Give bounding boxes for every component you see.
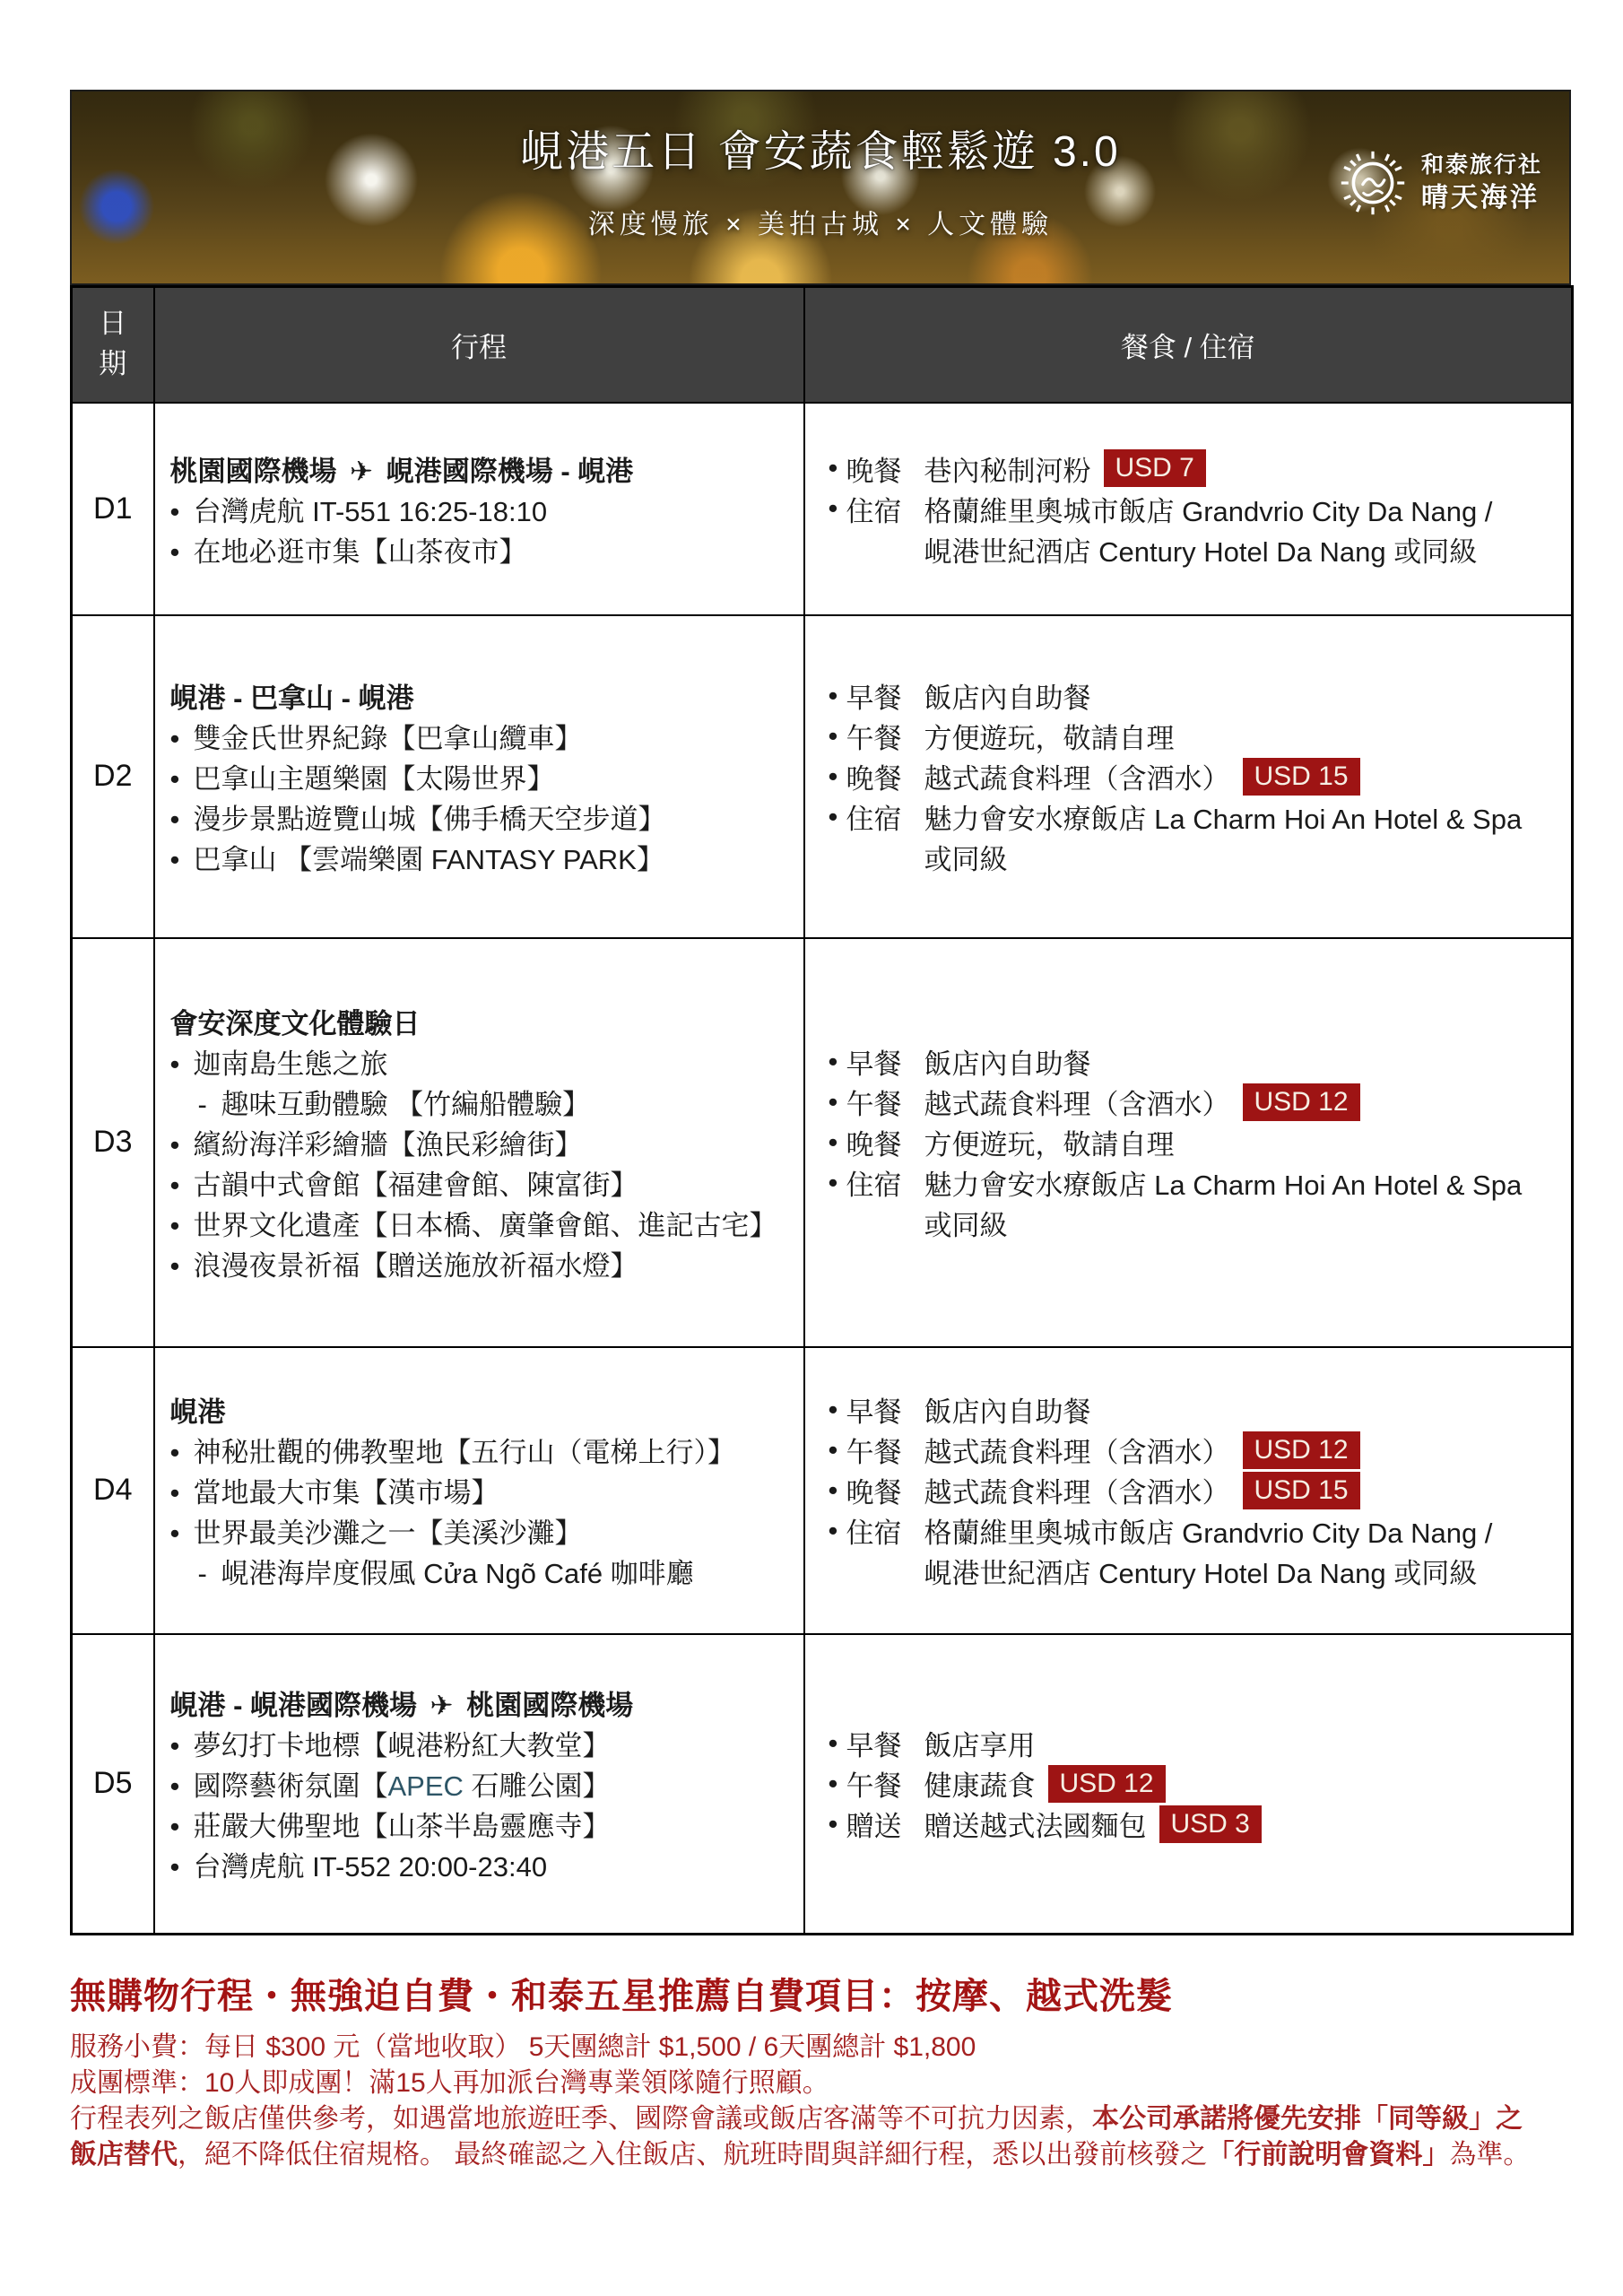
itinerary-cell: 峴港•神秘壯觀的佛教聖地【五行山（電梯上行）】•當地最大市集【漢市場】•世界最美… — [154, 1347, 804, 1634]
meal-label: 晚餐 — [846, 448, 924, 489]
itinerary-item: •國際藝術氛圍【APEC 石雕公園】 — [155, 1763, 803, 1804]
bullet-icon: • — [829, 1474, 846, 1507]
meal-line: •晚餐越式蔬食料理（含酒水）USD 15 — [805, 756, 1572, 796]
meal-label: 住宿 — [846, 1510, 924, 1551]
bullet-icon: • — [829, 1727, 846, 1760]
itinerary-item: •神秘壯觀的佛教聖地【五行山（電梯上行）】 — [155, 1430, 803, 1470]
usd-price-badge: USD 15 — [1243, 1472, 1360, 1509]
table-header-row: 日期 行程 餐食 / 住宿 — [72, 287, 1573, 403]
brand-subname: 晴天海洋 — [1421, 180, 1542, 215]
itinerary-item: •台灣虎航 IT-551 16:25-18:10 — [155, 489, 803, 529]
day-cell: D5 — [72, 1634, 154, 1935]
itinerary-cell: 會安深度文化體驗日•迦南島生態之旅- 趣味互動體驗 【竹編船體驗】•繽紛海洋彩繪… — [154, 938, 804, 1347]
bullet-icon: • — [170, 1477, 194, 1509]
itinerary-table-body: D1桃園國際機場 ✈ 峴港國際機場 - 峴港•台灣虎航 IT-551 16:25… — [72, 403, 1573, 1935]
brand-logo: 和泰旅行社 晴天海洋 — [1337, 147, 1542, 219]
bullet-icon: • — [829, 1434, 846, 1466]
meal-label: 午餐 — [846, 1082, 924, 1122]
bullet-icon: • — [829, 1126, 846, 1159]
meal-label: 晚餐 — [846, 1122, 924, 1162]
sun-wave-icon — [1337, 147, 1409, 219]
meals-cell-content: •早餐飯店內自助餐•午餐方便遊玩，敬請自理•晚餐越式蔬食料理（含酒水）USD 1… — [805, 675, 1572, 877]
meal-continuation: 或同級 — [805, 1203, 1572, 1243]
itinerary-item: •莊嚴大佛聖地【山茶半島靈應寺】 — [155, 1804, 803, 1844]
bullet-icon: • — [829, 1768, 846, 1800]
itinerary-cell-content: 峴港•神秘壯觀的佛教聖地【五行山（電梯上行）】•當地最大市集【漢市場】•世界最美… — [155, 1389, 803, 1591]
meal-line: •住宿格蘭維里奧城市飯店 Grandvrio City Da Nang / — [805, 1510, 1572, 1551]
itinerary-title: 桃園國際機場 ✈ 峴港國際機場 - 峴港 — [155, 448, 803, 489]
meals-cell-content: •早餐飯店內自助餐•午餐越式蔬食料理（含酒水）USD 12•晚餐方便遊玩，敬請自… — [805, 1041, 1572, 1243]
itinerary-item: •在地必逛市集【山茶夜市】 — [155, 529, 803, 570]
meal-line: •早餐飯店享用 — [805, 1723, 1572, 1763]
bullet-icon: • — [829, 761, 846, 793]
meal-desc: 健康蔬食 — [924, 1763, 1036, 1804]
footer-headline: 無購物行程・無強迫自費・和泰五星推薦自費項目：按摩、越式洗髮 — [70, 1968, 1582, 2019]
table-row: D2峴港 - 巴拿山 - 峴港•雙金氏世界紀錄【巴拿山纜車】•巴拿山主題樂園【太… — [72, 615, 1573, 938]
meal-desc: 越式蔬食料理（含酒水） — [924, 1430, 1230, 1470]
banner: 峴港五日 會安蔬食輕鬆遊 3.0 深度慢旅 × 美拍古城 × 人文體驗 — [70, 90, 1571, 285]
meal-line: •住宿魅力會安水療飯店 La Charm Hoi An Hotel & Spa — [805, 796, 1572, 837]
header-meals: 餐食 / 住宿 — [804, 287, 1573, 403]
meal-desc: 贈送越式法國麵包 — [924, 1804, 1147, 1844]
bullet-icon: • — [829, 452, 846, 484]
meal-label: 早餐 — [846, 1723, 924, 1763]
bullet-icon: • — [170, 1210, 194, 1242]
bullet-icon: • — [829, 801, 846, 833]
itinerary-item: •雙金氏世界紀錄【巴拿山纜車】 — [155, 716, 803, 756]
meal-desc: 越式蔬食料理（含酒水） — [924, 756, 1230, 796]
footer-text-segment: 行程表列之飯店僅供參考，如遇當地旅遊旺季、國際會議或飯店客滿等不可抗力因素， — [70, 2104, 1092, 2134]
bullet-icon: • — [170, 1730, 194, 1762]
bullet-icon: • — [829, 1046, 846, 1078]
itinerary-cell: 峴港 - 巴拿山 - 峴港•雙金氏世界紀錄【巴拿山纜車】•巴拿山主題樂園【太陽世… — [154, 615, 804, 938]
itinerary-item: •古韻中式會館【福建會館、陳富街】 — [155, 1162, 803, 1203]
meal-desc: 魅力會安水療飯店 La Charm Hoi An Hotel & Spa — [924, 1162, 1523, 1203]
day-cell: D2 — [72, 615, 154, 938]
meal-line: •午餐方便遊玩，敬請自理 — [805, 716, 1572, 756]
meal-line: •晚餐方便遊玩，敬請自理 — [805, 1122, 1572, 1162]
itinerary-item: •當地最大市集【漢市場】 — [155, 1470, 803, 1510]
meals-cell: •早餐飯店享用•午餐健康蔬食USD 12•贈送贈送越式法國麵包USD 3 — [804, 1634, 1573, 1935]
footer-lines: 服務小費：每日 $300 元（當地收取） 5天團總計 $1,500 / 6天團總… — [70, 2030, 1582, 2173]
itinerary-cell-content: 桃園國際機場 ✈ 峴港國際機場 - 峴港•台灣虎航 IT-551 16:25-1… — [155, 448, 803, 570]
footer-line: 行程表列之飯店僅供參考，如遇當地旅遊旺季、國際會議或飯店客滿等不可抗力因素，本公… — [70, 2101, 1582, 2137]
itinerary-item: - 趣味互動體驗 【竹編船體驗】 — [155, 1082, 803, 1122]
meal-label: 午餐 — [846, 716, 924, 756]
footer-text-segment: 服務小費：每日 $300 元（當地收取） 5天團總計 $1,500 / 6天團總… — [70, 2032, 976, 2062]
meals-cell: •早餐飯店內自助餐•午餐越式蔬食料理（含酒水）USD 12•晚餐方便遊玩，敬請自… — [804, 938, 1573, 1347]
meal-line: •住宿格蘭維里奧城市飯店 Grandvrio City Da Nang / — [805, 489, 1572, 529]
bullet-icon: • — [170, 804, 194, 836]
footer-text-segment: 本公司承諾將優先安排「同等級」之 — [1092, 2104, 1523, 2134]
footer-line: 飯店替代，絕不降低住宿規格。 最終確認之入住飯店、航班時間與詳細行程，悉以出發前… — [70, 2137, 1582, 2173]
bullet-icon: • — [170, 1129, 194, 1161]
usd-price-badge: USD 12 — [1243, 1431, 1360, 1469]
itinerary-cell: 峴港 - 峴港國際機場 ✈ 桃園國際機場•夢幻打卡地標【峴港粉紅大教堂】•國際藝… — [154, 1634, 804, 1935]
meal-line: •晚餐越式蔬食料理（含酒水）USD 15 — [805, 1470, 1572, 1510]
itinerary-item: - 峴港海岸度假風 Cửa Ngõ Café 咖啡廳 — [155, 1551, 803, 1591]
footer-text-segment: 「行前說明會資料」 — [1207, 2140, 1449, 2170]
meal-desc: 格蘭維里奧城市飯店 Grandvrio City Da Nang / — [924, 1510, 1493, 1551]
apec-accent-text: APEC — [388, 1770, 464, 1802]
itinerary-cell-content: 峴港 - 峴港國際機場 ✈ 桃園國際機場•夢幻打卡地標【峴港粉紅大教堂】•國際藝… — [155, 1683, 803, 1884]
bullet-icon: • — [829, 1515, 846, 1547]
footer-notes: 無購物行程・無強迫自費・和泰五星推薦自費項目：按摩、越式洗髮 服務小費：每日 $… — [70, 1968, 1582, 2173]
table-row: D5峴港 - 峴港國際機場 ✈ 桃園國際機場•夢幻打卡地標【峴港粉紅大教堂】•國… — [72, 1634, 1573, 1935]
usd-price-badge: USD 12 — [1243, 1083, 1360, 1121]
header-date: 日期 — [72, 287, 154, 403]
day-cell: D3 — [72, 938, 154, 1347]
bullet-icon: • — [170, 844, 194, 876]
itinerary-title: 峴港 - 巴拿山 - 峴港 — [155, 675, 803, 716]
meal-label: 早餐 — [846, 675, 924, 716]
meal-desc: 越式蔬食料理（含酒水） — [924, 1470, 1230, 1510]
itinerary-title: 峴港 - 峴港國際機場 ✈ 桃園國際機場 — [155, 1683, 803, 1723]
itinerary-item: •世界最美沙灘之一【美溪沙灘】 — [155, 1510, 803, 1551]
bullet-icon: • — [829, 720, 846, 752]
footer-line: 成團標準：10人即成團！滿15人再加派台灣專業領隊隨行照顧。 — [70, 2066, 1582, 2101]
bullet-icon: • — [170, 763, 194, 796]
meal-label: 早餐 — [846, 1041, 924, 1082]
footer-text-segment: 飯店替代 — [70, 2140, 178, 2170]
meal-line: •住宿魅力會安水療飯店 La Charm Hoi An Hotel & Spa — [805, 1162, 1572, 1203]
bullet-icon: • — [170, 723, 194, 755]
meal-label: 住宿 — [846, 489, 924, 529]
bullet-icon: • — [829, 1808, 846, 1840]
meals-cell: •晚餐巷內秘制河粉USD 7•住宿格蘭維里奧城市飯店 Grandvrio Cit… — [804, 403, 1573, 615]
bullet-icon: • — [170, 1250, 194, 1283]
itinerary-cell-content: 會安深度文化體驗日•迦南島生態之旅- 趣味互動體驗 【竹編船體驗】•繽紛海洋彩繪… — [155, 1001, 803, 1283]
meal-label: 晚餐 — [846, 756, 924, 796]
meals-cell: •早餐飯店內自助餐•午餐越式蔬食料理（含酒水）USD 12•晚餐越式蔬食料理（含… — [804, 1347, 1573, 1634]
meal-desc: 格蘭維里奧城市飯店 Grandvrio City Da Nang / — [924, 489, 1493, 529]
meal-label: 晚餐 — [846, 1470, 924, 1510]
bullet-icon: • — [170, 1170, 194, 1202]
bullet-icon: • — [829, 680, 846, 712]
footer-text-segment: 為準。 — [1449, 2140, 1530, 2170]
itinerary-item: •漫步景點遊覽山城【佛手橋天空步道】 — [155, 796, 803, 837]
plane-icon: ✈ — [344, 456, 378, 487]
meal-continuation: 或同級 — [805, 837, 1572, 877]
brand-text: 和泰旅行社 晴天海洋 — [1421, 151, 1542, 215]
itinerary-item: •台灣虎航 IT-552 20:00-23:40 — [155, 1844, 803, 1884]
usd-price-badge: USD 12 — [1048, 1765, 1166, 1803]
bullet-icon: • — [170, 1851, 194, 1883]
dash-icon: - — [198, 1558, 221, 1590]
itinerary-item: •繽紛海洋彩繪牆【漁民彩繪街】 — [155, 1122, 803, 1162]
meal-desc: 飯店內自助餐 — [924, 675, 1091, 716]
table-row: D3會安深度文化體驗日•迦南島生態之旅- 趣味互動體驗 【竹編船體驗】•繽紛海洋… — [72, 938, 1573, 1347]
meal-line: •早餐飯店內自助餐 — [805, 1389, 1572, 1430]
meal-line: •早餐飯店內自助餐 — [805, 675, 1572, 716]
meals-cell: •早餐飯店內自助餐•午餐方便遊玩，敬請自理•晚餐越式蔬食料理（含酒水）USD 1… — [804, 615, 1573, 938]
bullet-icon: • — [170, 1518, 194, 1550]
meal-desc: 飯店享用 — [924, 1723, 1036, 1763]
itinerary-item: •夢幻打卡地標【峴港粉紅大教堂】 — [155, 1723, 803, 1763]
itinerary-cell-content: 峴港 - 巴拿山 - 峴港•雙金氏世界紀錄【巴拿山纜車】•巴拿山主題樂園【太陽世… — [155, 675, 803, 877]
itinerary-item: •浪漫夜景祈福【贈送施放祈福水燈】 — [155, 1243, 803, 1283]
meal-continuation: 峴港世紀酒店 Century Hotel Da Nang 或同級 — [805, 1551, 1572, 1591]
itinerary-item: •世界文化遺產【日本橋、廣肇會館、進記古宅】 — [155, 1203, 803, 1243]
meal-desc: 飯店內自助餐 — [924, 1389, 1091, 1430]
meal-continuation: 峴港世紀酒店 Century Hotel Da Nang 或同級 — [805, 529, 1572, 570]
dash-icon: - — [198, 1089, 221, 1121]
meal-desc: 方便遊玩，敬請自理 — [924, 1122, 1175, 1162]
brand-name: 和泰旅行社 — [1421, 151, 1542, 180]
day-cell: D4 — [72, 1347, 154, 1634]
usd-price-badge: USD 15 — [1243, 758, 1360, 796]
bullet-icon: • — [829, 1394, 846, 1426]
bullet-icon: • — [170, 1811, 194, 1843]
bullet-icon: • — [829, 1086, 846, 1118]
meal-desc: 越式蔬食料理（含酒水） — [924, 1082, 1230, 1122]
meals-cell-content: •晚餐巷內秘制河粉USD 7•住宿格蘭維里奧城市飯店 Grandvrio Cit… — [805, 448, 1572, 570]
bullet-icon: • — [170, 1437, 194, 1469]
banner-inner: 峴港五日 會安蔬食輕鬆遊 3.0 深度慢旅 × 美拍古城 × 人文體驗 — [72, 91, 1569, 283]
meal-line: •贈送贈送越式法國麵包USD 3 — [805, 1804, 1572, 1844]
footer-text-segment: 成團標準：10人即成團！滿15人再加派台灣專業領隊隨行照顧。 — [70, 2068, 829, 2098]
meal-label: 住宿 — [846, 796, 924, 837]
meal-desc: 魅力會安水療飯店 La Charm Hoi An Hotel & Spa — [924, 796, 1523, 837]
itinerary-title: 會安深度文化體驗日 — [155, 1001, 803, 1041]
meal-line: •午餐健康蔬食USD 12 — [805, 1763, 1572, 1804]
itinerary-title: 峴港 — [155, 1389, 803, 1430]
meal-line: •晚餐巷內秘制河粉USD 7 — [805, 448, 1572, 489]
meal-label: 午餐 — [846, 1430, 924, 1470]
bullet-icon: • — [170, 1048, 194, 1081]
meal-label: 午餐 — [846, 1763, 924, 1804]
bullet-icon: • — [829, 1167, 846, 1199]
day-cell: D1 — [72, 403, 154, 615]
footer-line: 服務小費：每日 $300 元（當地收取） 5天團總計 $1,500 / 6天團總… — [70, 2030, 1582, 2066]
meal-line: •午餐越式蔬食料理（含酒水）USD 12 — [805, 1082, 1572, 1122]
meal-desc: 方便遊玩，敬請自理 — [924, 716, 1175, 756]
table-row: D1桃園國際機場 ✈ 峴港國際機場 - 峴港•台灣虎航 IT-551 16:25… — [72, 403, 1573, 615]
meal-label: 贈送 — [846, 1804, 924, 1844]
itinerary-item: •巴拿山主題樂園【太陽世界】 — [155, 756, 803, 796]
meal-line: •午餐越式蔬食料理（含酒水）USD 12 — [805, 1430, 1572, 1470]
table-row: D4峴港•神秘壯觀的佛教聖地【五行山（電梯上行）】•當地最大市集【漢市場】•世界… — [72, 1347, 1573, 1634]
itinerary-item: •迦南島生態之旅 — [155, 1041, 803, 1082]
meal-label: 住宿 — [846, 1162, 924, 1203]
meal-label: 早餐 — [846, 1389, 924, 1430]
bullet-icon: • — [829, 492, 846, 525]
usd-price-badge: USD 7 — [1104, 449, 1206, 487]
itinerary-cell: 桃園國際機場 ✈ 峴港國際機場 - 峴港•台灣虎航 IT-551 16:25-1… — [154, 403, 804, 615]
meal-line: •早餐飯店內自助餐 — [805, 1041, 1572, 1082]
meals-cell-content: •早餐飯店內自助餐•午餐越式蔬食料理（含酒水）USD 12•晚餐越式蔬食料理（含… — [805, 1389, 1572, 1591]
footer-text-segment: ，絕不降低住宿規格。 最終確認之入住飯店、航班時間與詳細行程，悉以出發前核發之 — [178, 2140, 1207, 2170]
itinerary-table: 日期 行程 餐食 / 住宿 D1桃園國際機場 ✈ 峴港國際機場 - 峴港•台灣虎… — [70, 285, 1574, 1935]
plane-icon: ✈ — [425, 1690, 459, 1721]
bullet-icon: • — [170, 496, 194, 528]
usd-price-badge: USD 3 — [1159, 1805, 1262, 1843]
header-itinerary: 行程 — [154, 287, 804, 403]
bullet-icon: • — [170, 536, 194, 569]
meal-desc: 飯店內自助餐 — [924, 1041, 1091, 1082]
meals-cell-content: •早餐飯店享用•午餐健康蔬食USD 12•贈送贈送越式法國麵包USD 3 — [805, 1723, 1572, 1844]
bullet-icon: • — [170, 1770, 194, 1803]
meal-desc: 巷內秘制河粉 — [924, 448, 1091, 489]
itinerary-item: •巴拿山 【雲端樂園 FANTASY PARK】 — [155, 837, 803, 877]
